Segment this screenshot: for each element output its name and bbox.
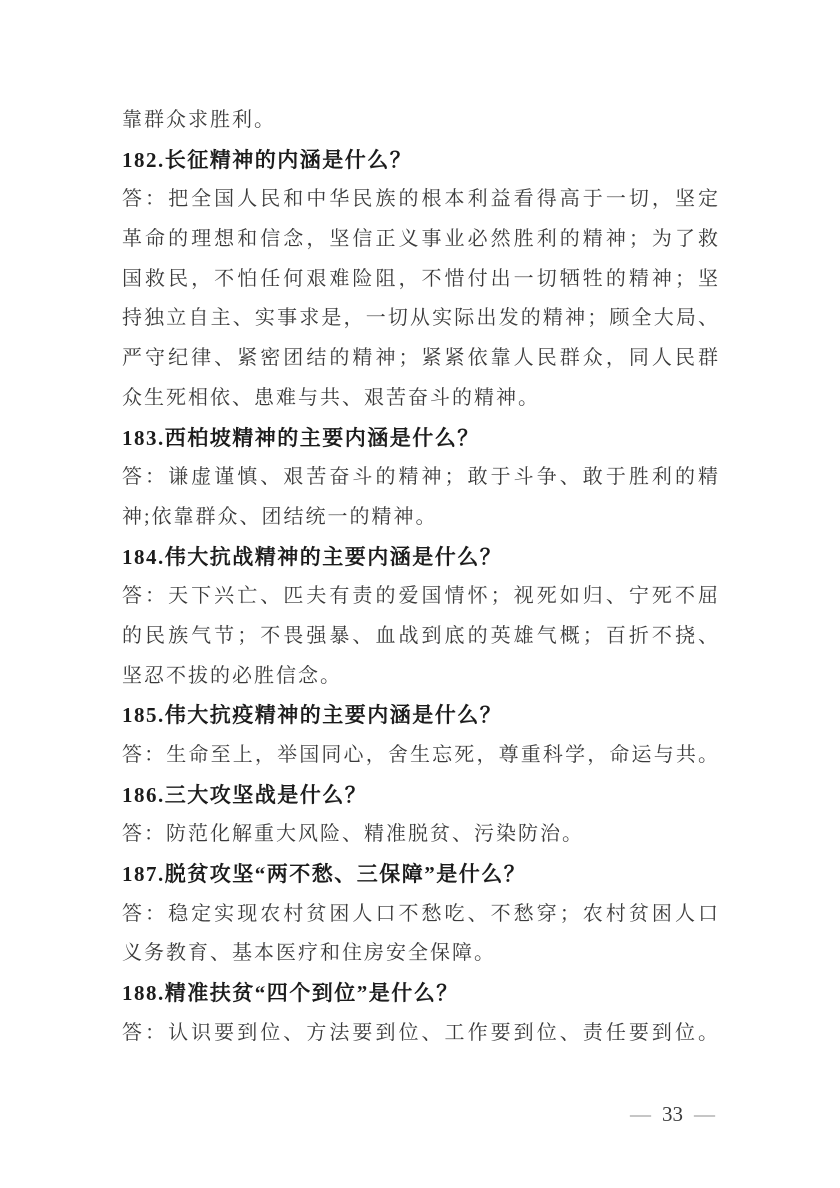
answer-text-line: 答：稳定实现农村贫困人口不愁吃、不愁穿；农村贫困人口 [122, 895, 720, 935]
question-heading: 182.长征精神的内涵是什么？ [122, 141, 720, 181]
question-heading: 184.伟大抗战精神的主要内涵是什么？ [122, 538, 720, 578]
answer-text-line: 靠群众求胜利。 [122, 101, 720, 141]
answer-text-line: 答：把全国人民和中华民族的根本利益看得高于一切，坚定 [122, 180, 720, 220]
answer-text-line: 的民族气节；不畏强暴、血战到底的英雄气概；百折不挠、 [122, 617, 720, 657]
answer-text-line: 国救民，不怕任何艰难险阻，不惜付出一切牺牲的精神；坚 [122, 260, 720, 300]
page-number: 33 [662, 1099, 683, 1129]
answer-text-line: 义务教育、基本医疗和住房安全保障。 [122, 934, 720, 974]
answer-text-line: 答：天下兴亡、匹夫有责的爱国情怀；视死如归、宁死不屈 [122, 577, 720, 617]
question-heading: 187.脱贫攻坚“两不愁、三保障”是什么？ [122, 855, 720, 895]
answer-text-line: 答：防范化解重大风险、精准脱贫、污染防治。 [122, 815, 720, 855]
answer-text-line: 答：谦虚谨慎、艰苦奋斗的精神；敢于斗争、敢于胜利的精 [122, 458, 720, 498]
answer-text-line: 严守纪律、紧密团结的精神；紧紧依靠人民群众，同人民群 [122, 339, 720, 379]
answer-text-line: 答：认识要到位、方法要到位、工作要到位、责任要到位。 [122, 1014, 720, 1054]
page-footer: — 33 — [630, 1099, 715, 1129]
answer-text-line: 坚忍不拔的必胜信念。 [122, 657, 720, 697]
answer-text-line: 持独立自主、实事求是，一切从实际出发的精神；顾全大局、 [122, 299, 720, 339]
footer-right-dash: — [694, 1099, 715, 1129]
question-heading: 183.西柏坡精神的主要内涵是什么？ [122, 419, 720, 459]
question-heading: 185.伟大抗疫精神的主要内涵是什么？ [122, 696, 720, 736]
document-page: 靠群众求胜利。182.长征精神的内涵是什么？答：把全国人民和中华民族的根本利益看… [0, 0, 840, 1188]
answer-text-line: 神;依靠群众、团结统一的精神。 [122, 498, 720, 538]
answer-text-line: 众生死相依、患难与共、艰苦奋斗的精神。 [122, 379, 720, 419]
question-heading: 188.精准扶贫“四个到位”是什么？ [122, 974, 720, 1014]
text-content: 靠群众求胜利。182.长征精神的内涵是什么？答：把全国人民和中华民族的根本利益看… [122, 101, 720, 1054]
footer-left-dash: — [630, 1099, 651, 1129]
question-heading: 186.三大攻坚战是什么？ [122, 776, 720, 816]
answer-text-line: 革命的理想和信念，坚信正义事业必然胜利的精神；为了救 [122, 220, 720, 260]
answer-text-line: 答：生命至上，举国同心，舍生忘死，尊重科学，命运与共。 [122, 736, 720, 776]
